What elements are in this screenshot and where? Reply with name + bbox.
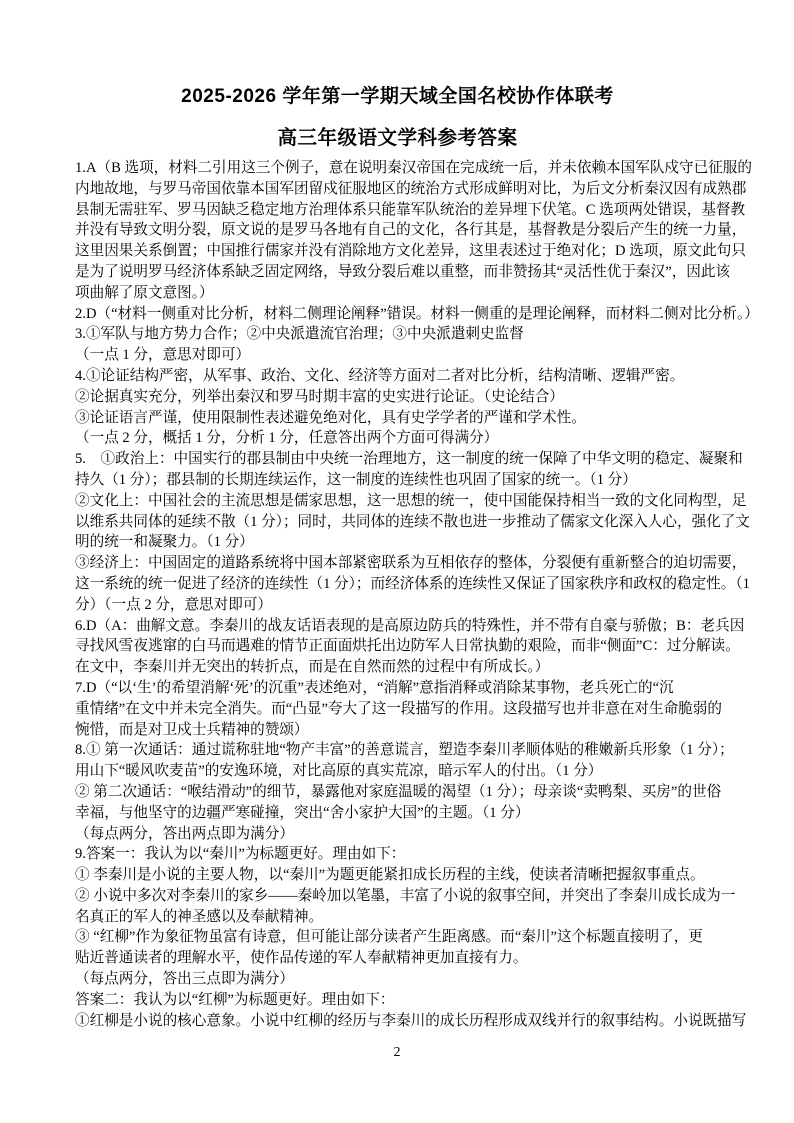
text-line: 惋惜，而是对卫戍士兵精神的赞颂）: [75, 720, 720, 741]
text-line: ② 第二次通话：“喉结滑动”的细节，暴露他对家庭温暖的渴望（1 分）；母亲谈“卖…: [75, 782, 720, 803]
text-line: 9.答案一：我认为以“秦川”为标题更好。理由如下：: [75, 844, 720, 865]
text-line: 分）（一点 2 分，意思对即可）: [75, 595, 720, 616]
text-line: 7.D（“以‘生’的希望消解‘死’的沉重”表述绝对，“消解”意指消释或消除某事物…: [75, 678, 720, 699]
text-line: 1.A（B 选项，材料二引用这三个例子，意在说明秦汉帝国在完成统一后，并未依赖本…: [75, 158, 720, 179]
text-line: 用山下“暖风吹麦苗”的安逸环境，对比高原的真实荒凉，暗示军人的付出。（1 分）: [75, 761, 720, 782]
document-title: 2025-2026 学年第一学期天域全国名校协作体联考: [75, 84, 720, 110]
text-line: ①红柳是小说的核心意象。小说中红柳的经历与李秦川的成长历程形成双线并行的叙事结构…: [75, 1011, 720, 1032]
text-line: （每点两分，答出两点即为满分）: [75, 824, 720, 845]
text-line: 2.D（“材料一侧重对比分析，材料二侧理论阐释”错误。材料一侧重的是理论阐释，而…: [75, 304, 720, 325]
text-line: 项曲解了原文意图。）: [75, 283, 720, 304]
text-line: 8.① 第一次通话：通过谎称驻地“物产丰富”的善意谎言，塑造李秦川孝顺体贴的稚嫩…: [75, 740, 720, 761]
document-subtitle: 高三年级语文学科参考答案: [75, 124, 720, 152]
page-number: 2: [0, 1044, 794, 1062]
text-line: （一点 2 分，概括 1 分，分析 1 分，任意答出两个方面可得满分）: [75, 428, 720, 449]
text-line: 寻找风雪夜逃窜的白马而遇难的情节正面面烘托出边防军人日常执勤的艰险，而非“侧面”…: [75, 636, 720, 657]
text-line: ③ “红柳”作为象征物虽富有诗意，但可能让部分读者产生距离感。而“秦川”这个标题…: [75, 927, 720, 948]
text-line: 6.D（A：曲解文意。李秦川的战友话语表现的是高原边防兵的特殊性，并不带有自豪与…: [75, 616, 720, 637]
text-line: 以维系共同体的延续不散（1 分）；同时，共同体的连续不散也进一步推动了儒家文化深…: [75, 512, 720, 533]
text-line: 并没有导致文明分裂，原文说的是罗马各地有自己的文化，各行其是，基督教是分裂后产生…: [75, 220, 720, 241]
text-line: 4.①论证结构严密，从军事、政治、文化、经济等方面对二者对比分析，结构清晰、逻辑…: [75, 366, 720, 387]
text-line: 这里因果关系倒置；中国推行儒家并没有消除地方文化差异，这里表述过于绝对化；D 选…: [75, 241, 720, 262]
answer-key-body: 1.A（B 选项，材料二引用这三个例子，意在说明秦汉帝国在完成统一后，并未依赖本…: [75, 158, 720, 1031]
text-line: ③论证语言严谨，使用限制性表述避免绝对化，具有史学学者的严谨和学术性。: [75, 408, 720, 429]
text-line: ②论据真实充分，列举出秦汉和罗马时期丰富的史实进行论证。（史论结合）: [75, 387, 720, 408]
text-line: 名真正的军人的神圣感以及奉献精神。: [75, 907, 720, 928]
text-line: 县制无需驻军、罗马因缺乏稳定地方治理体系只能靠军队统治的差异埋下伏笔。C 选项两…: [75, 200, 720, 221]
document-page: 2025-2026 学年第一学期天域全国名校协作体联考 高三年级语文学科参考答案…: [0, 0, 794, 1123]
text-line: 在文中，李秦川并无突出的转折点，而是在自然而然的过程中有所成长。）: [75, 657, 720, 678]
text-line: ②文化上：中国社会的主流思想是儒家思想，这一思想的统一，使中国能保持相当一致的文…: [75, 491, 720, 512]
text-line: 明的统一和凝聚力。（1 分）: [75, 532, 720, 553]
text-line: 5. ①政治上：中国实行的郡县制由中央统一治理地方，这一制度的统一保障了中华文明…: [75, 449, 720, 470]
text-line: （一点 1 分，意思对即可）: [75, 345, 720, 366]
text-line: 是为了说明罗马经济体系缺乏固定网络，导致分裂后难以重整，而非赞扬其“灵活性优于秦…: [75, 262, 720, 283]
text-line: 答案二：我认为以“红柳”为标题更好。理由如下：: [75, 990, 720, 1011]
text-line: 持久（1 分）；郡县制的长期连续运作，这一制度的连续性也巩固了国家的统一。（1 …: [75, 470, 720, 491]
text-line: （每点两分，答出三点即为满分）: [75, 969, 720, 990]
text-line: 内地故地，与罗马帝国依靠本国军团留戍征服地区的统治方式形成鲜明对比，为后文分析秦…: [75, 179, 720, 200]
text-line: 这一系统的统一促进了经济的连续性（1 分）；而经济体系的连续性又保证了国家秩序和…: [75, 574, 720, 595]
text-line: ② 小说中多次对李秦川的家乡——秦岭加以笔墨，丰富了小说的叙事空间，并突出了李秦…: [75, 886, 720, 907]
text-line: ① 李秦川是小说的主要人物，以“秦川”为题更能紧扣成长历程的主线，使读者清晰把握…: [75, 865, 720, 886]
text-line: 3.①军队与地方势力合作；②中央派遣流官治理；③中央派遣刺史监督: [75, 324, 720, 345]
text-line: 重情绪”在文中并未完全消失。而“凸显”夸大了这一段描写的作用。这段描写也并非意在…: [75, 699, 720, 720]
text-line: 贴近普通读者的理解水平，使作品传递的军人奉献精神更加直接有力。: [75, 948, 720, 969]
text-line: ③经济上：中国固定的道路系统将中国本部紧密联系为互相依存的整体，分裂便有重新整合…: [75, 553, 720, 574]
text-line: 幸福，与他坚守的边疆严寒碰撞，突出“舍小家护大国”的主题。（1 分）: [75, 803, 720, 824]
